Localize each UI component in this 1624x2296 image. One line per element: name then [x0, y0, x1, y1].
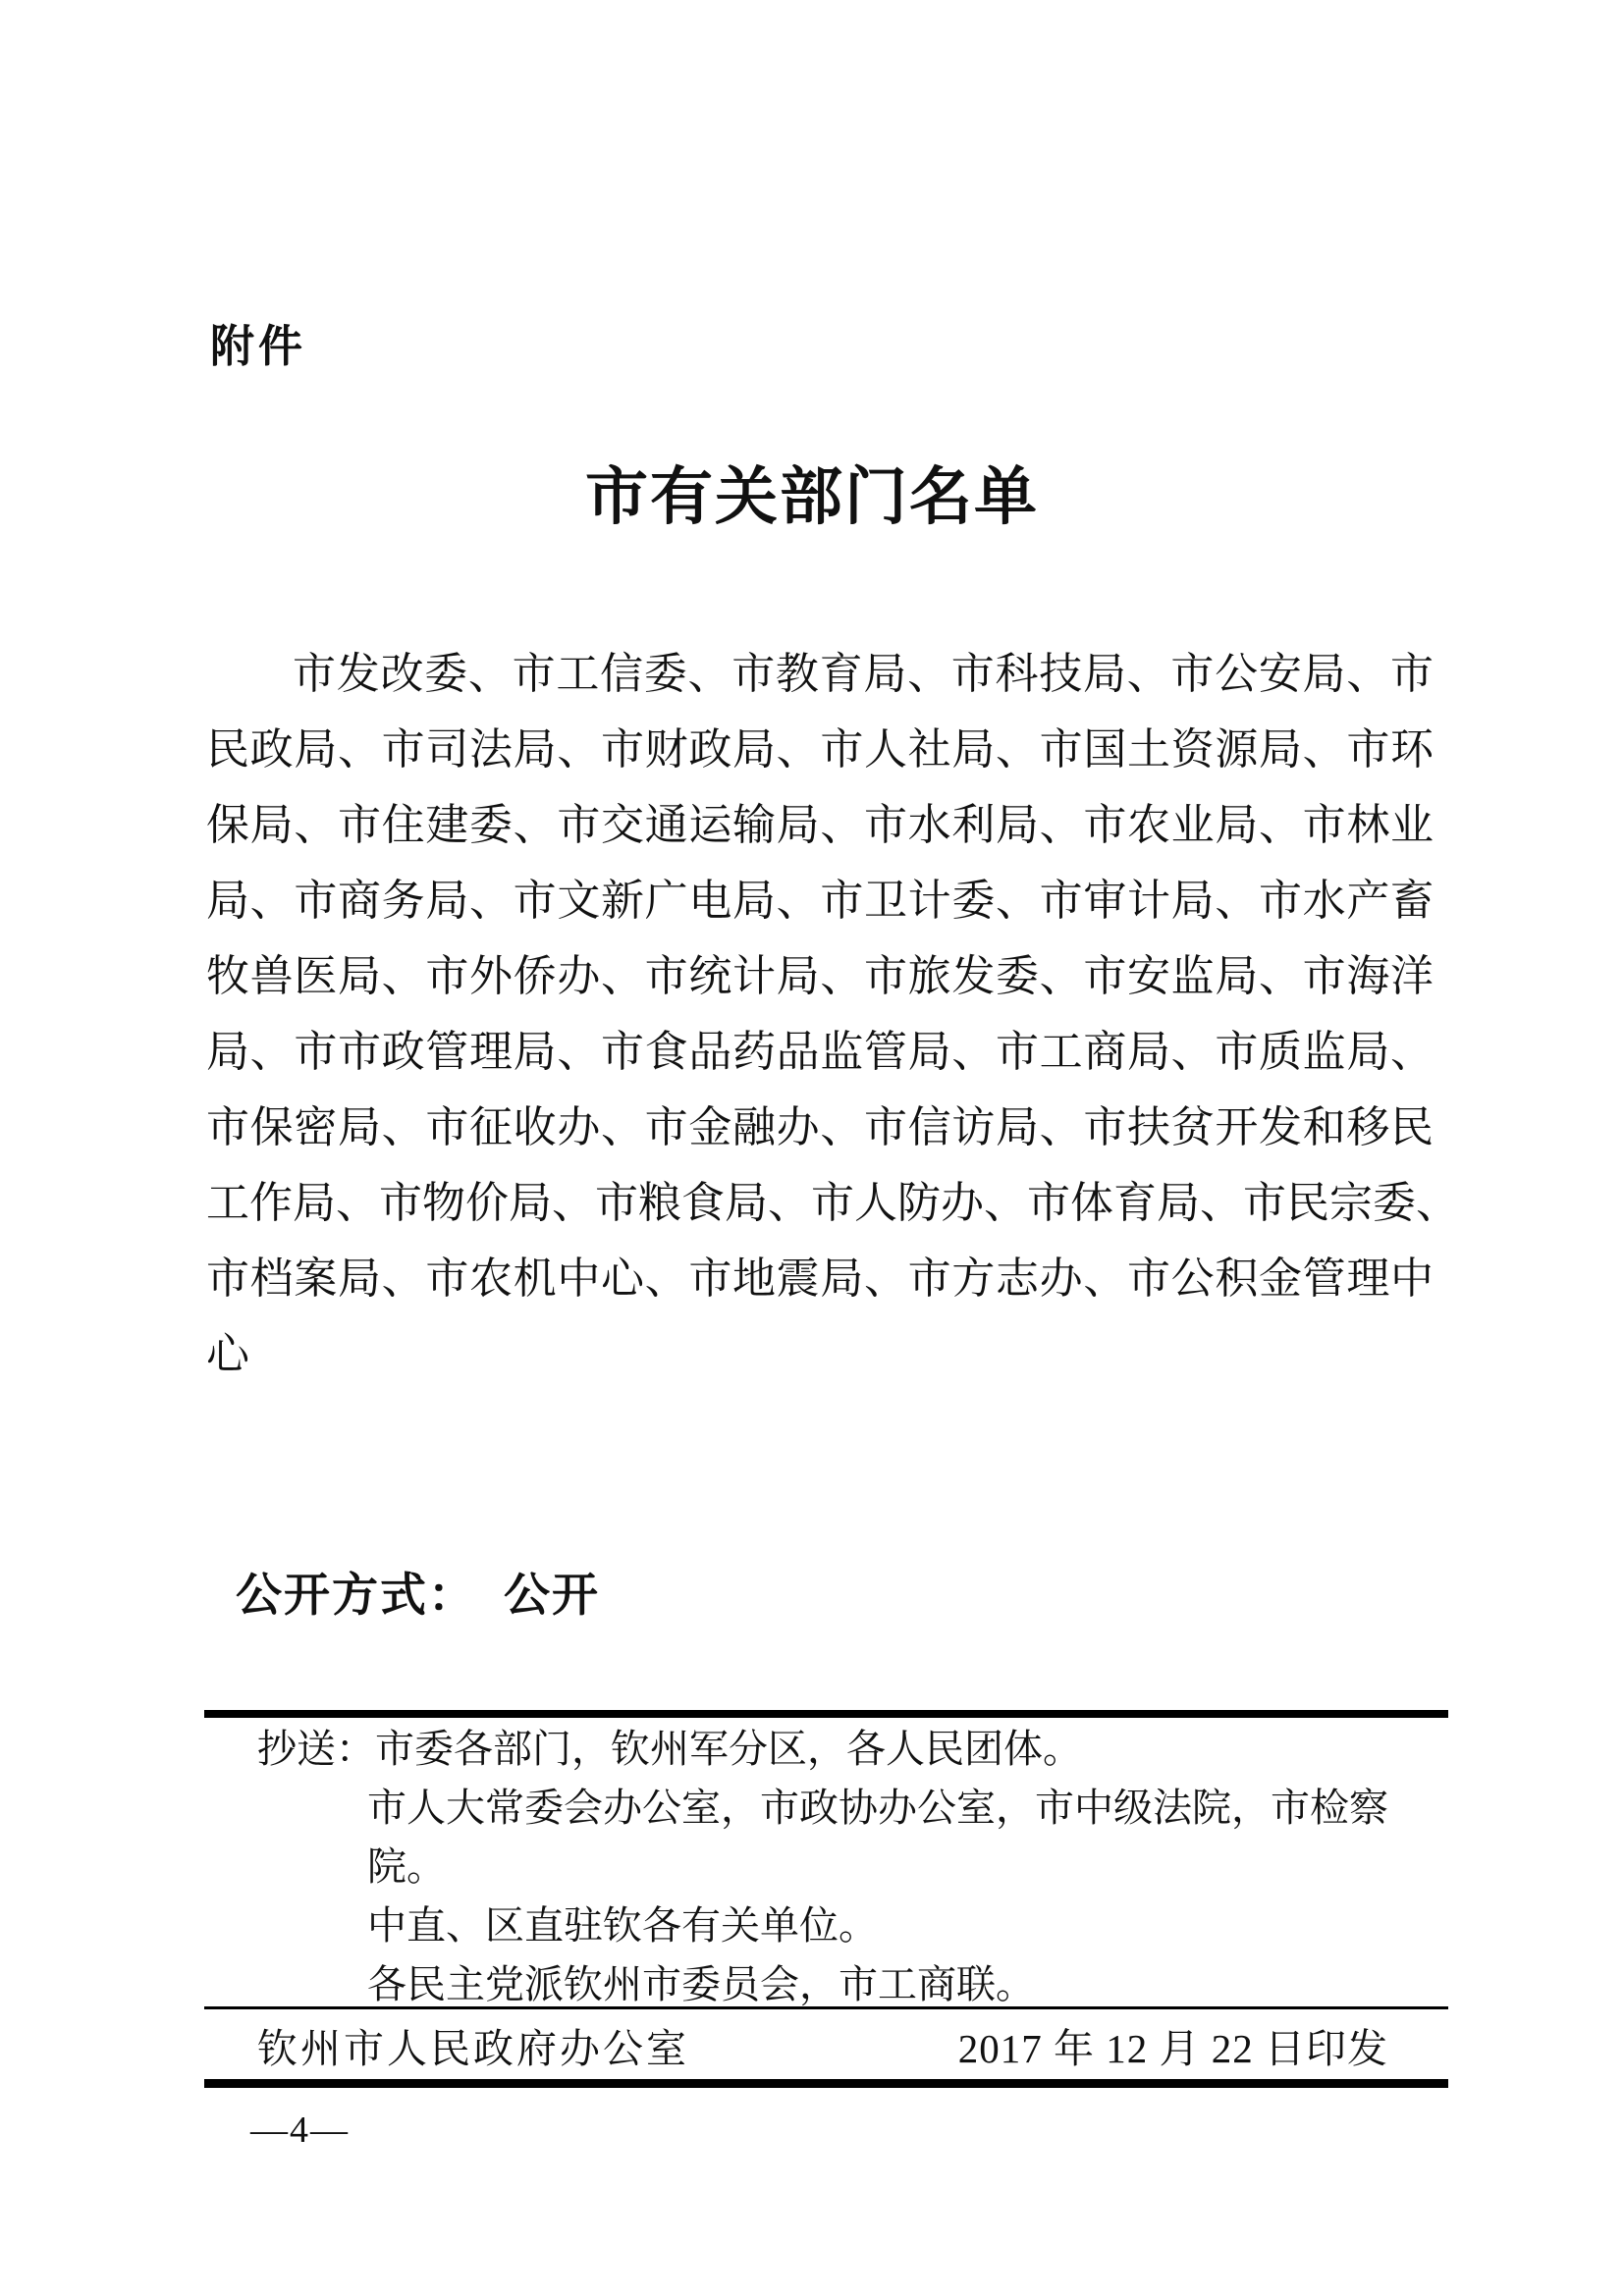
- footer-print-date: 2017 年 12 月 22 日印发: [958, 2024, 1388, 2073]
- body-line: 民政局、市司法局、市财政局、市人社局、市国土资源局、市环: [206, 712, 1434, 787]
- body-line: 局、市市政管理局、市食品药品监管局、市工商局、市质监局、: [206, 1014, 1434, 1090]
- body-line: 牧兽医局、市外侨办、市统计局、市旅发委、市安监局、市海洋: [206, 938, 1434, 1014]
- body-paragraph: 市发改委、市工信委、市教育局、市科技局、市公安局、市民政局、市司法局、市财政局、…: [206, 636, 1434, 1392]
- separator-thick-bottom: [204, 2079, 1448, 2088]
- cc-label: 抄送：: [257, 1727, 375, 1771]
- page-title: 市有关部门名单: [0, 461, 1624, 534]
- body-line: 市档案局、市农机中心、市地震局、市方志办、市公积金管理中: [206, 1241, 1434, 1316]
- cc-continuation-lines: 市人大常委会办公室，市政协办公室，市中级法院，市检察院。中直、区直驻钦各有关单位…: [257, 1779, 1450, 2014]
- disclosure-value: 公开: [504, 1571, 600, 1622]
- body-line: 保局、市住建委、市交通运输局、市水利局、市农业局、市林业: [206, 787, 1434, 863]
- body-line: 工作局、市物价局、市粮食局、市人防办、市体育局、市民宗委、: [206, 1165, 1434, 1241]
- body-line: 局、市商务局、市文新广电局、市卫计委、市审计局、市水产畜: [206, 863, 1434, 938]
- footer-issuer: 钦州市人民政府办公室: [257, 2024, 689, 2073]
- separator-thick-top: [204, 1710, 1448, 1718]
- body-line: 心: [206, 1316, 1434, 1392]
- body-line: 市发改委、市工信委、市教育局、市科技局、市公安局、市: [206, 636, 1434, 712]
- separator-thin-middle: [204, 2006, 1448, 2009]
- disclosure-label: 公开方式：: [236, 1571, 476, 1622]
- cc-line: 中直、区直驻钦各有关单位。: [257, 1896, 1450, 1955]
- cc-line: 院。: [257, 1838, 1450, 1896]
- cc-block: 抄送：市委各部门，钦州军分区，各人民团体。 市人大常委会办公室，市政协办公室，市…: [257, 1720, 1450, 2014]
- cc-line-text: 市委各部门，钦州军分区，各人民团体。: [375, 1727, 1082, 1771]
- cc-line: 各民主党派钦州市委员会，市工商联。: [257, 1955, 1450, 2014]
- cc-line: 市人大常委会办公室，市政协办公室，市中级法院，市检察: [257, 1779, 1450, 1838]
- page-number: —4—: [250, 2109, 350, 2152]
- disclosure-row: 公开方式：公开: [236, 1559, 600, 1625]
- cc-line: 抄送：市委各部门，钦州军分区，各人民团体。: [257, 1720, 1450, 1779]
- document-page: 附件 市有关部门名单 市发改委、市工信委、市教育局、市科技局、市公安局、市民政局…: [0, 0, 1624, 2296]
- body-line: 市保密局、市征收办、市金融办、市信访局、市扶贫开发和移民: [206, 1090, 1434, 1165]
- attachment-label: 附件: [210, 320, 306, 373]
